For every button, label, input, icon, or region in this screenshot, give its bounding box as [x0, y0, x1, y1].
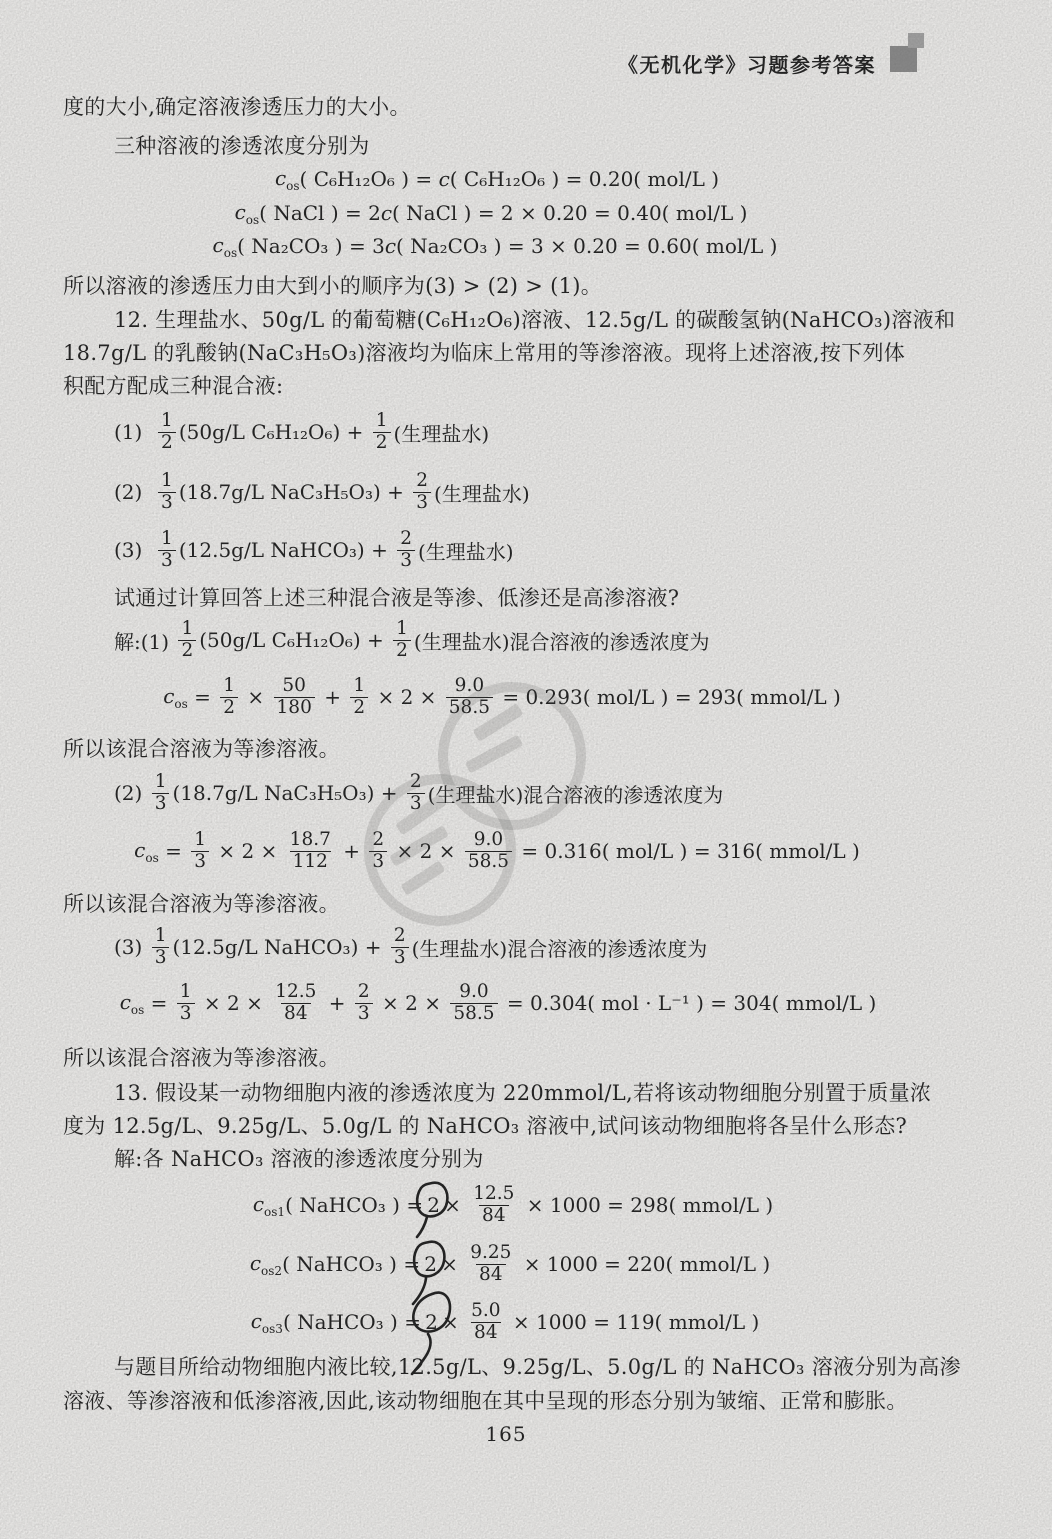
- formula-text-token: ( C₆H₁₂O₆ ) = 0.20( mol/L ): [450, 167, 719, 191]
- formula-text-token: ( NaCl ) = 2: [259, 201, 381, 225]
- formula-osmotic-nacl: cos( NaCl ) = 2c( NaCl ) = 2 × 0.20 = 0.…: [0, 200, 1017, 226]
- formula-text-token: × 2 ×: [376, 991, 448, 1015]
- fraction: 50180: [274, 676, 315, 718]
- fraction: 23: [391, 926, 409, 968]
- formula-text-token: (生理盐水)混合溶液的渗透浓度为: [414, 626, 710, 655]
- formula-text-token: ×: [442, 1310, 465, 1334]
- formula-text-token: = 0.316( mol/L ) = 316( mmol/L ): [515, 839, 860, 863]
- handwritten-circle-annotation: 2: [421, 1310, 442, 1334]
- fraction: 9.058.5: [450, 982, 497, 1024]
- formula-text-token: +: [322, 991, 351, 1015]
- page-header-title: 《无机化学》习题参考答案: [618, 50, 876, 76]
- formula-text-token: =: [159, 839, 188, 863]
- fraction: 23: [355, 982, 373, 1024]
- formula-text-token: ( NaHCO₃ ) =: [285, 1193, 423, 1217]
- formula-nahco3-concentration-2: cos2( NaHCO₃ ) =2× 9.2584 × 1000 = 220( …: [0, 1237, 1036, 1291]
- fraction: 9.058.5: [465, 830, 512, 872]
- header-decoration-square-dark: [890, 46, 917, 72]
- formula-mixture-2: (2) 13(18.7g/L NaC₃H₅O₃) + 23(生理盐水): [114, 465, 530, 519]
- formula-variable-token: cos: [120, 990, 145, 1017]
- fraction: 12: [178, 619, 196, 661]
- formula-text-token: (18.7g/L NaC₃H₅O₃) +: [179, 480, 410, 504]
- paragraph-isotonic-3: 所以该混合溶液为等渗溶液。: [63, 1043, 340, 1071]
- page-number: 165: [0, 1422, 1032, 1446]
- formula-text-token: ( NaHCO₃ ) =: [283, 1310, 421, 1334]
- paragraph-problem12-line1: 12. 生理盐水、50g/L 的葡萄糖(C₆H₁₂O₆)溶液、12.5g/L 的…: [114, 305, 955, 333]
- formula-text-token: (生理盐水)混合溶液的渗透浓度为: [428, 779, 724, 808]
- formula-text-token: =: [188, 685, 217, 709]
- formula-text-token: ×: [241, 685, 270, 709]
- paragraph-intro-2: 三种溶液的渗透浓度分别为: [114, 131, 370, 159]
- formula-text-token: (3): [114, 538, 155, 562]
- formula-text-token: =: [144, 991, 173, 1015]
- fraction: 23: [397, 529, 415, 571]
- formula-solution2-heading: (2) 13(18.7g/L NaC₃H₅O₃) + 23(生理盐水)混合溶液的…: [114, 766, 723, 820]
- formula-text-token: ×: [441, 1252, 464, 1276]
- paragraph-problem12-line3: 积配方配成三种混合液:: [63, 371, 283, 399]
- formula-text-token: × 1000 = 119( mmol/L ): [507, 1310, 760, 1334]
- formula-text-token: (生理盐水)混合溶液的渗透浓度为: [412, 933, 708, 962]
- formula-solution2-calculation: cos = 13 × 2 × 18.7112 + 23 × 2 × 9.058.…: [0, 824, 1023, 878]
- fraction: 23: [369, 830, 387, 872]
- fraction: 5.084: [468, 1301, 503, 1343]
- formula-text-token: = 0.304( mol · L⁻¹ ) = 304( mmol/L ): [501, 991, 877, 1015]
- fraction: 12: [350, 676, 368, 718]
- paragraph-isotonic-2: 所以该混合溶液为等渗溶液。: [63, 889, 340, 917]
- formula-nahco3-concentration-1: cos1( NaHCO₃ ) =2× 12.584 × 1000 = 298( …: [0, 1178, 1039, 1232]
- formula-variable-token: cos: [163, 684, 188, 711]
- formula-text-token: (50g/L C₆H₁₂O₆) +: [179, 420, 370, 444]
- formula-variable-token: cos: [235, 200, 260, 227]
- formula-text-token: × 2 ×: [371, 685, 443, 709]
- formula-variable-token: c: [385, 234, 396, 258]
- fraction: 12: [393, 619, 411, 661]
- formula-text-token: (12.5g/L NaHCO₃) +: [179, 538, 394, 562]
- formula-text-token: ( Na₂CO₃ ) = 3 × 0.20 = 0.60( mol/L ): [396, 234, 777, 258]
- fraction: 12: [158, 411, 176, 453]
- fraction: 23: [413, 471, 431, 513]
- fraction: 9.058.5: [446, 676, 493, 718]
- formula-variable-token: cos: [213, 233, 238, 260]
- paragraph-intro-1: 度的大小,确定溶液渗透压力的大小。: [63, 92, 411, 120]
- paragraph-problem13-line2: 度为 12.5g/L、9.25g/L、5.0g/L 的 NaHCO₃ 溶液中,试…: [63, 1111, 907, 1139]
- fraction: 13: [191, 830, 209, 872]
- paragraph-conclusion-line2: 溶液、等渗溶液和低渗溶液,因此,该动物细胞在其中呈现的形态分别为皱缩、正常和膨胀…: [63, 1386, 908, 1414]
- formula-text-token: (2): [114, 781, 149, 805]
- page-content: 《无机化学》习题参考答案 度的大小,确定溶液渗透压力的大小。 三种溶液的渗透浓度…: [0, 0, 1052, 1539]
- fraction: 13: [158, 529, 176, 571]
- fraction: 13: [177, 982, 195, 1024]
- handwritten-circle-annotation: 2: [423, 1193, 444, 1217]
- fraction: 12.584: [470, 1184, 517, 1226]
- formula-text-token: × 2 ×: [212, 839, 284, 863]
- fraction: 13: [152, 772, 170, 814]
- formula-variable-token: cos1: [253, 1192, 285, 1219]
- formula-variable-token: cos: [275, 166, 300, 193]
- formula-solution1-calculation: cos = 12 × 50180 + 12 × 2 × 9.058.5 = 0.…: [0, 670, 1028, 724]
- formula-osmotic-glucose: cos( C₆H₁₂O₆ ) = c( C₆H₁₂O₆ ) = 0.20( mo…: [0, 166, 1023, 192]
- scanned-textbook-page: 《无机化学》习题参考答案 度的大小,确定溶液渗透压力的大小。 三种溶液的渗透浓度…: [0, 0, 1052, 1539]
- paragraph-isotonic-1: 所以该混合溶液为等渗溶液。: [63, 734, 340, 762]
- formula-text-token: ( NaCl ) = 2 × 0.20 = 0.40( mol/L ): [392, 201, 747, 225]
- formula-nahco3-concentration-3: cos3( NaHCO₃ ) =2× 5.084 × 1000 = 119( m…: [0, 1295, 1031, 1349]
- handwritten-circle-annotation: 2: [420, 1252, 441, 1276]
- paragraph-problem13-line1: 13. 假设某一动物细胞内液的渗透浓度为 220mmol/L,若将该动物细胞分别…: [114, 1078, 931, 1106]
- fraction: 23: [407, 772, 425, 814]
- formula-mixture-3: (3) 13(12.5g/L NaHCO₃) + 23(生理盐水): [114, 523, 514, 577]
- formula-text-token: × 2 ×: [390, 839, 462, 863]
- formula-variable-token: cos3: [251, 1309, 283, 1336]
- formula-text-token: (12.5g/L NaHCO₃) +: [172, 935, 387, 959]
- formula-text-token: (1): [114, 420, 155, 444]
- formula-text-token: ( C₆H₁₂O₆ ) =: [300, 167, 439, 191]
- fraction: 12: [220, 676, 238, 718]
- formula-solution1-heading: 解:(1) 12(50g/L C₆H₁₂O₆) + 12(生理盐水)混合溶液的渗…: [114, 613, 710, 667]
- formula-variable-token: c: [439, 167, 450, 191]
- formula-variable-token: cos: [134, 838, 159, 865]
- formula-text-token: = 0.293( mol/L ) = 293( mmol/L ): [496, 685, 841, 709]
- fraction: 12: [373, 411, 391, 453]
- formula-text-token: (生理盐水): [418, 536, 514, 565]
- formula-variable-token: c: [381, 201, 392, 225]
- formula-solution3-heading: (3) 13(12.5g/L NaHCO₃) + 23(生理盐水)混合溶液的渗透…: [114, 920, 707, 974]
- formula-text-token: × 1000 = 298( mmol/L ): [520, 1193, 773, 1217]
- formula-text-token: ×: [444, 1193, 467, 1217]
- paragraph-question: 试通过计算回答上述三种混合液是等渗、低渗还是高渗溶液?: [114, 583, 679, 611]
- formula-variable-token: cos2: [250, 1251, 282, 1278]
- formula-text-token: × 2 ×: [198, 991, 270, 1015]
- fraction: 12.584: [272, 982, 319, 1024]
- formula-text-token: 解:(1): [114, 626, 175, 655]
- fraction: 13: [158, 471, 176, 513]
- fraction: 18.7112: [287, 830, 334, 872]
- formula-solution3-calculation: cos = 13 × 2 × 12.584 + 23 × 2 × 9.058.5…: [0, 976, 1024, 1030]
- paragraph-problem13-solution-intro: 解:各 NaHCO₃ 溶液的渗透浓度分别为: [114, 1144, 484, 1172]
- formula-text-token: +: [337, 839, 366, 863]
- paragraph-conclusion-line1: 与题目所给动物细胞内液比较,12.5g/L、9.25g/L、5.0g/L 的 N…: [114, 1352, 961, 1380]
- formula-text-token: ( Na₂CO₃ ) = 3: [237, 234, 385, 258]
- formula-mixture-1: (1) 12(50g/L C₆H₁₂O₆) + 12(生理盐水): [114, 405, 489, 459]
- formula-text-token: (50g/L C₆H₁₂O₆) +: [199, 628, 390, 652]
- formula-text-token: × 1000 = 220( mmol/L ): [517, 1252, 770, 1276]
- paragraph-problem12-line2: 18.7g/L 的乳酸钠(NaC₃H₅O₃)溶液均为临床上常用的等渗溶液。现将上…: [63, 338, 905, 366]
- formula-text-token: ( NaHCO₃ ) =: [282, 1252, 420, 1276]
- formula-text-token: (18.7g/L NaC₃H₅O₃) +: [172, 781, 403, 805]
- formula-osmotic-na2co3: cos( Na₂CO₃ ) = 3c( Na₂CO₃ ) = 3 × 0.20 …: [0, 233, 1021, 259]
- header-decoration-square-light: [908, 33, 924, 48]
- paragraph-order-conclusion: 所以溶液的渗透压力由大到小的顺序为(3) > (2) > (1)。: [63, 271, 602, 299]
- formula-text-token: (2): [114, 480, 155, 504]
- formula-text-token: +: [318, 685, 347, 709]
- formula-text-token: (3): [114, 935, 149, 959]
- fraction: 13: [152, 926, 170, 968]
- formula-text-token: (生理盐水): [394, 418, 490, 447]
- formula-text-token: (生理盐水): [434, 478, 530, 507]
- fraction: 9.2584: [467, 1243, 514, 1285]
